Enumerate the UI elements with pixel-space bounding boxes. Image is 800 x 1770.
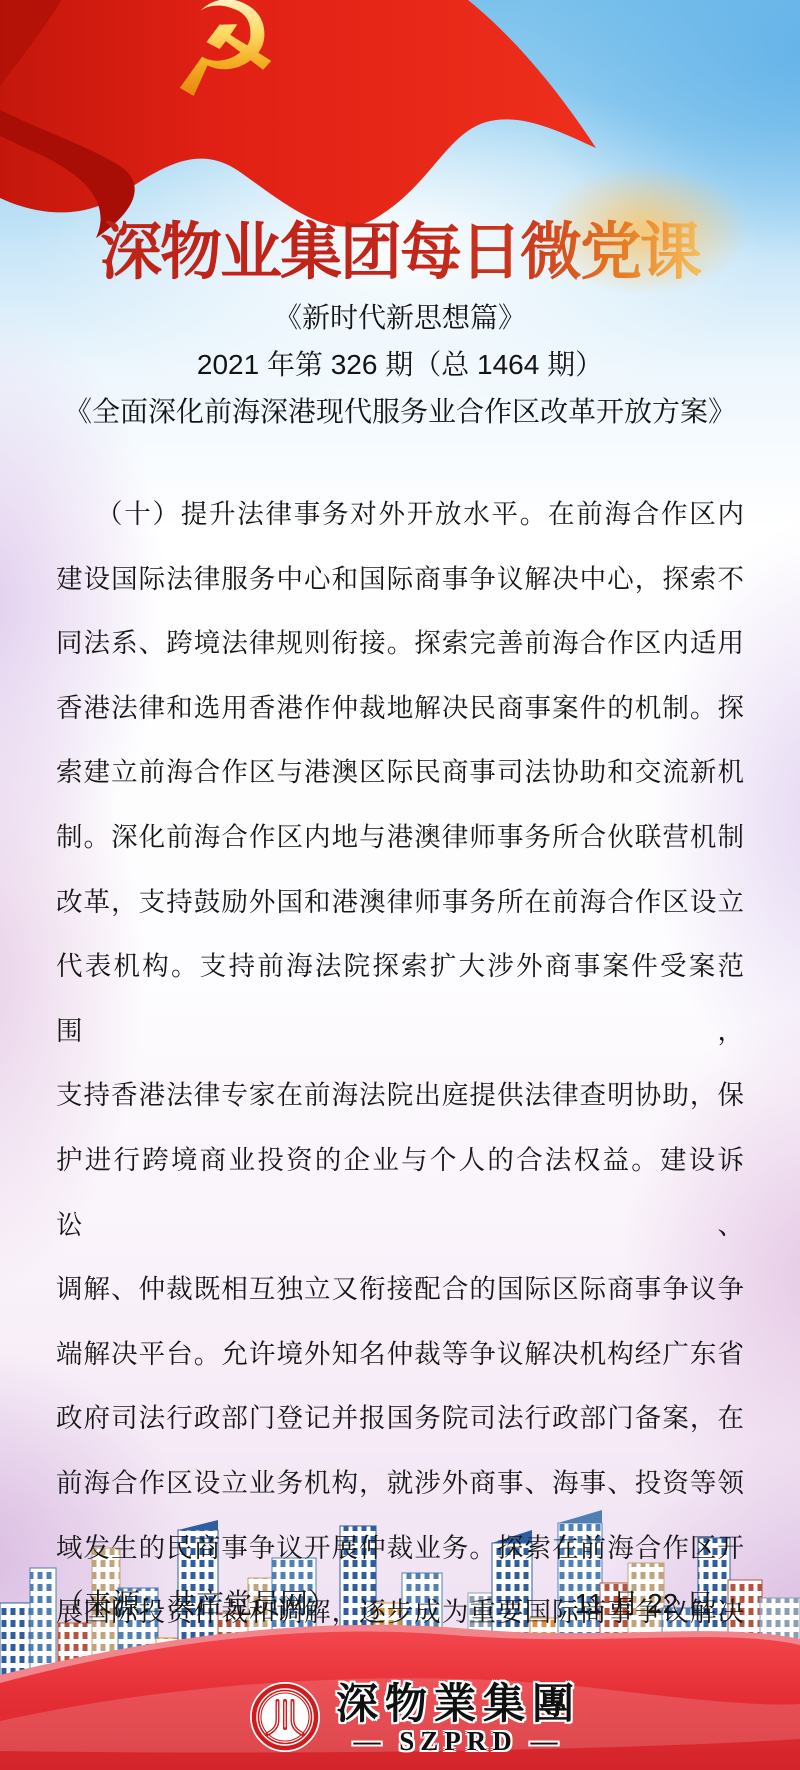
issue-line: 2021 年第 326 期（总 1464 期）: [0, 341, 800, 388]
document-title: 《全面深化前海深港现代服务业合作区改革开放方案》: [0, 388, 800, 435]
body-line: 建设国际法律服务中心和国际商事争议解决中心，探索不: [56, 547, 744, 612]
body-line: 前海合作区设立业务机构，就涉外商事、海事、投资等领: [56, 1451, 744, 1516]
body-line: 政府司法行政部门登记并报国务院司法行政部门备案，在: [56, 1386, 744, 1451]
body-line: 香港法律和选用香港作仲裁地解决民商事案件的机制。探: [56, 676, 744, 741]
poster-subtitles: 《新时代新思想篇》 2021 年第 326 期（总 1464 期） 《全面深化前…: [0, 294, 800, 435]
party-lesson-poster: ☭ 深物业集团每日微党课 《新时代新思想篇》 2021 年第 326 期（总 1…: [0, 0, 800, 1770]
company-logo: 深物業集團 — SZPRD —: [250, 1682, 581, 1754]
body-line: 改革，支持鼓励外国和港澳律师事务所在前海合作区设立: [56, 870, 744, 935]
logo-name-cn: 深物業集團: [336, 1682, 581, 1728]
body-line: 索建立前海合作区与港澳区际民商事司法协助和交流新机: [56, 740, 744, 805]
body-line: （十）提升法律事务对外开放水平。在前海合作区内: [56, 482, 744, 547]
logo-name-en: — SZPRD —: [354, 1728, 564, 1754]
body-line: 制。深化前海合作区内地与港澳律师事务所合伙联营机制: [56, 805, 744, 870]
body-line: 支持香港法律专家在前海法院出庭提供法律查明协助，保: [56, 1063, 744, 1128]
party-emblem-icon: ☭: [161, 0, 286, 119]
body-line: 调解、仲裁既相互独立又衔接配合的国际区际商事争议争: [56, 1257, 744, 1322]
logo-text-block: 深物業集團 — SZPRD —: [336, 1682, 581, 1754]
poster-title: 深物业集团每日微党课: [0, 216, 800, 290]
body-line: 端解决平台。允许境外知名仲裁等争议解决机构经广东省: [56, 1322, 744, 1387]
body-line: 护进行跨境商业投资的企业与个人的合法权益。建设诉讼、: [56, 1128, 744, 1257]
body-line: 同法系、跨境法律规则衔接。探索完善前海合作区内适用: [56, 611, 744, 676]
body-line: 代表机构。支持前海法院探索扩大涉外商事案件受案范围，: [56, 934, 744, 1063]
logo-rings-icon: [250, 1682, 320, 1752]
series-title: 《新时代新思想篇》: [0, 294, 800, 341]
